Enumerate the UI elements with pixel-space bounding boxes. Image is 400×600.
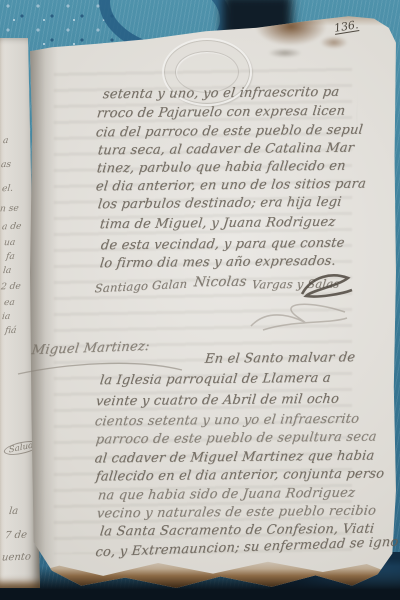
left-page-fragment: el. [1, 184, 13, 194]
left-page-fragment: ea [3, 298, 15, 308]
ink-stain [320, 36, 348, 49]
left-page-fragment: a de [1, 222, 21, 233]
smudge-mark [268, 48, 302, 58]
embossed-seal-inner-ring [175, 51, 239, 93]
left-page-fragment: fiá [4, 326, 16, 336]
book-fore-edge [350, 14, 396, 576]
embossed-seal-icon [162, 38, 252, 106]
left-page-fragment: ia [1, 312, 10, 322]
left-page-fragment: 7 de [4, 530, 27, 542]
left-page-fragment: fa [5, 252, 15, 262]
left-page-fragment: ua [3, 238, 15, 248]
manuscript-page [30, 14, 396, 588]
left-page-fragment: as [0, 160, 11, 170]
manuscript-photo: a as el. n se a de ua fa la 2 de ea ia f… [0, 0, 400, 600]
left-page-fragment: 2 de [0, 282, 21, 293]
left-page-fragment: uento [1, 552, 31, 564]
left-page-fragment: la [2, 266, 11, 276]
left-page-fragment: la [8, 506, 18, 517]
ink-bleedthrough [54, 60, 352, 554]
left-page-fragment: a [2, 136, 8, 146]
left-page-fragment: n se [0, 204, 19, 215]
